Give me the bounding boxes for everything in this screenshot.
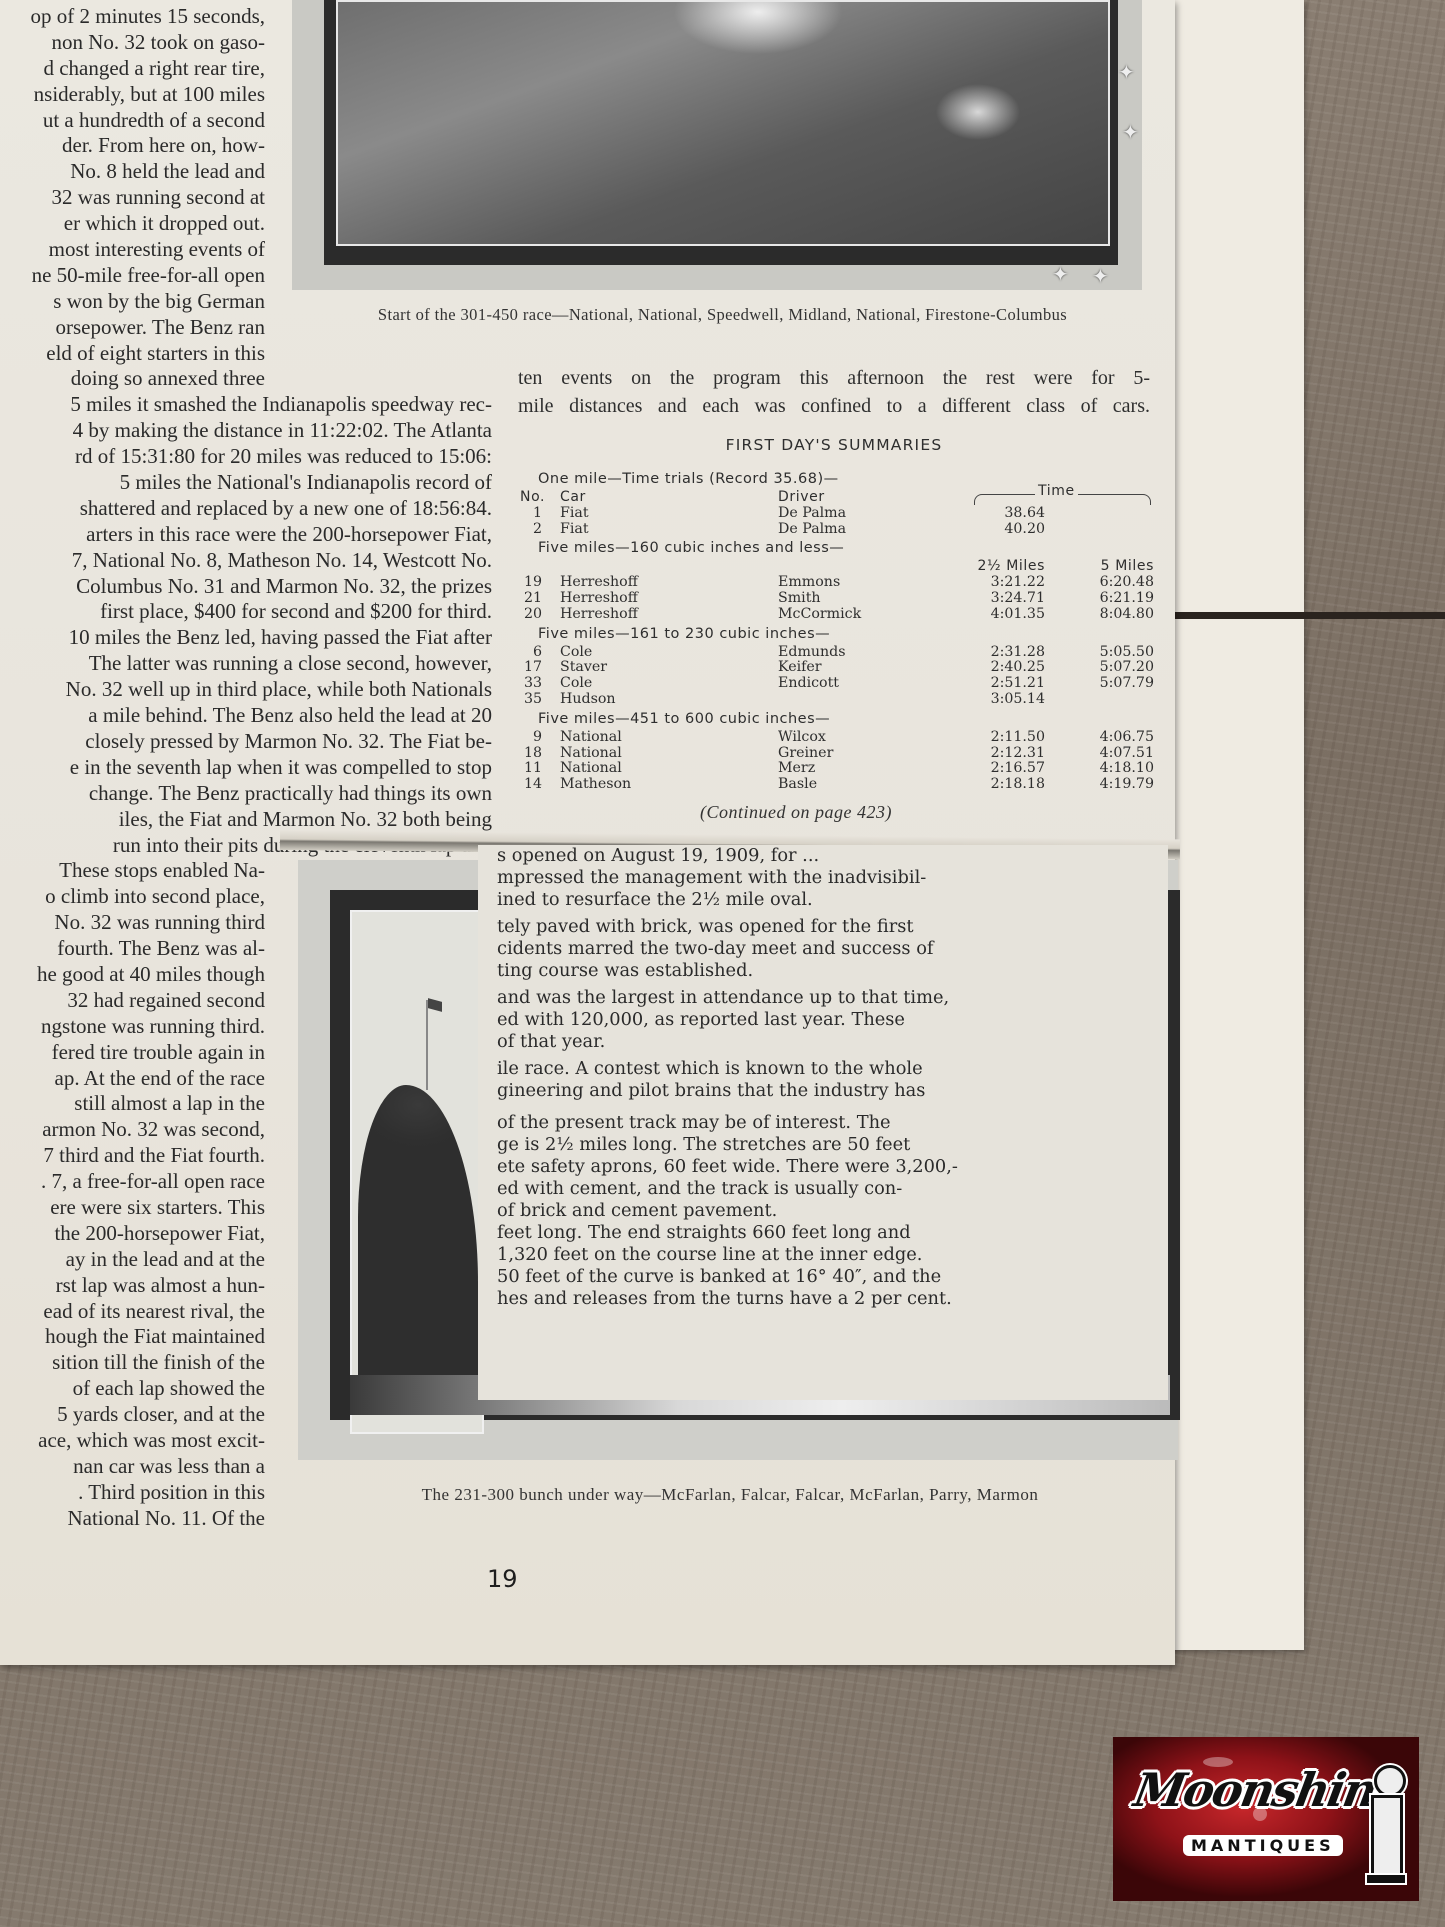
continued-note: (Continued on page 423) [700, 802, 892, 823]
table-row: 14MathesonBasle2:18.184:19.79 [520, 777, 1160, 793]
wood-plank-gap [1170, 612, 1445, 619]
car-make: National [560, 730, 622, 746]
article-line: These stops enabled Na- [0, 858, 265, 884]
table-row: 17StaverKeifer2:40.255:07.20 [520, 660, 1160, 676]
car-make: Staver [560, 660, 607, 676]
car-number: 18 [520, 746, 542, 762]
driver-name: Endicott [778, 676, 839, 692]
time-value: 4:18.10 [1062, 761, 1154, 777]
article-line: e in the seventh lap when it was compell… [0, 755, 492, 781]
article-line: eld of eight starters in this [0, 341, 265, 367]
time-value: 4:06.75 [1062, 730, 1154, 746]
article-line: er which it dropped out. [0, 211, 265, 237]
col-car: Car [560, 490, 586, 506]
article-line: nan car was less than a [0, 1454, 265, 1480]
clipping-line: ting course was established. [497, 960, 1027, 982]
article-line: ere were six starters. This [0, 1195, 265, 1221]
article-line: National No. 11. Of the [0, 1506, 265, 1532]
clipping-line: ete safety aprons, 60 feet wide. There w… [497, 1156, 1027, 1178]
table-row: 33ColeEndicott2:51.215:07.79 [520, 676, 1160, 692]
article-line: ngstone was running third. [0, 1014, 265, 1040]
article-line: d changed a right rear tire, [0, 56, 265, 82]
time-value: 5:05.50 [1062, 645, 1154, 661]
article-line: rd of 15:31:80 for 20 miles was reduced … [0, 444, 492, 470]
article-line: 5 yards closer, and at the [0, 1402, 265, 1428]
clipping-line: feet long. The end straights 660 feet lo… [497, 1222, 1027, 1244]
article-line: fourth. The Benz was al- [0, 936, 265, 962]
driver-name: De Palma [778, 522, 846, 538]
ivy-leaf-icon: ✦ [1052, 262, 1069, 286]
time-value: 2:11.50 [965, 730, 1045, 746]
article-line: doing so annexed three [0, 366, 265, 392]
time-value: 6:20.48 [1062, 575, 1154, 591]
moonshine-mantiques-logo: Moonshine MANTIQUES [1113, 1737, 1419, 1901]
article-line: der. From here on, how- [0, 133, 265, 159]
clipping-text: s opened on August 19, 1909, for ...mpre… [497, 845, 1027, 1310]
table-row: 9NationalWilcox2:11.504:06.75 [520, 730, 1160, 746]
time-value: 38.64 [965, 506, 1045, 522]
article-line: orsepower. The Benz ran [0, 315, 265, 341]
time-value: 40.20 [965, 522, 1045, 538]
article-line: op of 2 minutes 15 seconds, [0, 4, 265, 30]
logo-sub-text: MANTIQUES [1183, 1835, 1343, 1856]
article-line: most interesting events of [0, 237, 265, 263]
article-line: he good at 40 miles though [0, 962, 265, 988]
article-line: 7 third and the Fiat fourth. [0, 1143, 265, 1169]
clipping-line: of that year. [497, 1031, 1027, 1053]
article-line: 4 by making the distance in 11:22:02. Th… [0, 418, 492, 444]
article-line: ead of its nearest rival, the [0, 1299, 265, 1325]
article-line: a mile behind. The Benz also held the le… [0, 703, 492, 729]
time-value: 2:31.28 [965, 645, 1045, 661]
driver-name: Greiner [778, 746, 833, 762]
article-line: change. The Benz practically had things … [0, 781, 492, 807]
summaries-title: FIRST DAY'S SUMMARIES [518, 436, 1150, 454]
clipping-line: s opened on August 19, 1909, for ... [497, 845, 1027, 867]
article-line: armon No. 32 was second, [0, 1117, 265, 1143]
table-row: 21HerreshoffSmith3:24.716:21.19 [520, 591, 1160, 607]
table-row: 35Hudson3:05.14 [520, 692, 1160, 708]
time-value: 2:51.21 [965, 676, 1045, 692]
time-value: 3:21.22 [965, 575, 1045, 591]
table-header-row: 2½ Miles5 Miles [520, 559, 1160, 575]
article-line: s won by the big German [0, 289, 265, 315]
section-heading: Five miles—160 cubic inches and less— [520, 537, 1160, 559]
car-number: 20 [520, 607, 542, 623]
summary-intro: ten events on the program this afternoon… [518, 364, 1150, 420]
clipping-line: ined to resurface the 2½ mile oval. [497, 889, 1027, 911]
section-heading: Five miles—161 to 230 cubic inches— [520, 623, 1160, 645]
driver-name: Wilcox [778, 730, 826, 746]
car-make: Hudson [560, 692, 616, 708]
car-make: Herreshoff [560, 591, 638, 607]
car-number: 9 [520, 730, 542, 746]
time-value: 3:05.14 [965, 692, 1045, 708]
car-number: 6 [520, 645, 542, 661]
car-make: Fiat [560, 506, 589, 522]
car-number: 2 [520, 522, 542, 538]
driver-name: Basle [778, 777, 817, 793]
article-line: rst lap was almost a hun- [0, 1273, 265, 1299]
car-make: Cole [560, 645, 592, 661]
article-line: closely pressed by Marmon No. 32. The Fi… [0, 729, 492, 755]
ivy-leaf-icon: ✦ [1092, 264, 1109, 288]
article-line: No. 32 well up in third place, while bot… [0, 677, 492, 703]
intro-line: ten events on the program this afternoon… [518, 364, 1150, 392]
article-line: the 200-horsepower Fiat, [0, 1221, 265, 1247]
gas-pump-icon [1367, 1765, 1407, 1885]
time-value: 2:16.57 [965, 761, 1045, 777]
time-value: 2:12.31 [965, 746, 1045, 762]
time-value: 8:04.80 [1062, 607, 1154, 623]
article-line: shattered and replaced by a new one of 1… [0, 496, 492, 522]
time-value: 3:24.71 [965, 591, 1045, 607]
article-line: nsiderably, but at 100 miles [0, 82, 265, 108]
clipping-line: tely paved with brick, was opened for th… [497, 916, 1027, 938]
car-make: Herreshoff [560, 607, 638, 623]
driver-name: Edmunds [778, 645, 846, 661]
driver-name: Keifer [778, 660, 822, 676]
clipping-line: and was the largest in attendance up to … [497, 987, 1027, 1009]
article-line: 5 miles it smashed the Indianapolis spee… [0, 392, 492, 418]
table-row: 20HerreshoffMcCormick4:01.358:04.80 [520, 607, 1160, 623]
race-start-image [336, 0, 1110, 246]
car-make: National [560, 746, 622, 762]
clipping-line: ge is 2½ miles long. The stretches are 5… [497, 1134, 1027, 1156]
driver-name: De Palma [778, 506, 846, 522]
article-line: ne 50-mile free-for-all open [0, 263, 265, 289]
clipping-line: ed with 120,000, as reported last year. … [497, 1009, 1027, 1031]
clipping-line: 1,320 feet on the course line at the inn… [497, 1244, 1027, 1266]
article-line: hough the Fiat maintained [0, 1324, 265, 1350]
table-header-row: No.CarDriverTime [520, 490, 1160, 506]
article-line: No. 32 was running third [0, 910, 265, 936]
article-line: The latter was running a close second, h… [0, 651, 492, 677]
table-row: 19HerreshoffEmmons3:21.226:20.48 [520, 575, 1160, 591]
time-value: 5:07.20 [1062, 660, 1154, 676]
article-line: non No. 32 took on gaso- [0, 30, 265, 56]
clipping-line: gineering and pilot brains that the indu… [497, 1080, 1027, 1102]
car-number: 11 [520, 761, 542, 777]
article-line: 32 had regained second [0, 988, 265, 1014]
article-line: ace, which was most excit- [0, 1428, 265, 1454]
car-number: 1 [520, 506, 542, 522]
top-photo-caption: Start of the 301-450 race—National, Nati… [300, 306, 1145, 324]
driver-name: Emmons [778, 575, 840, 591]
article-line: arters in this race were the 200-horsepo… [0, 522, 492, 548]
col-no: No. [520, 490, 542, 506]
driver-name: Merz [778, 761, 815, 777]
car-number: 19 [520, 575, 542, 591]
car-make: Herreshoff [560, 575, 638, 591]
table-row: 11NationalMerz2:16.574:18.10 [520, 761, 1160, 777]
magazine-page: op of 2 minutes 15 seconds,non No. 32 to… [0, 0, 1175, 1665]
article-line: 32 was running second at [0, 185, 265, 211]
article-line: 5 miles the National's Indianapolis reco… [0, 470, 492, 496]
table-row: 6ColeEdmunds2:31.285:05.50 [520, 645, 1160, 661]
clipping-line: of brick and cement pavement. [497, 1200, 1027, 1222]
intro-line: mile distances and each was confined to … [518, 392, 1150, 420]
article-line: fered tire trouble again in [0, 1040, 265, 1066]
car-number: 17 [520, 660, 542, 676]
time-value: 5:07.79 [1062, 676, 1154, 692]
driver-name: Smith [778, 591, 821, 607]
article-line: ut a hundredth of a second [0, 108, 265, 134]
article-line: 10 miles the Benz led, having passed the… [0, 625, 492, 651]
ivy-leaf-icon: ✦ [1118, 60, 1135, 84]
time-value: 4:07.51 [1062, 746, 1154, 762]
clipping-line: hes and releases from the turns have a 2… [497, 1288, 1027, 1310]
clipping-line: ile race. A contest which is known to th… [497, 1058, 1027, 1080]
article-line: still almost a lap in the [0, 1091, 265, 1117]
left-article-column: op of 2 minutes 15 seconds,non No. 32 to… [0, 4, 265, 1532]
car-make: Matheson [560, 777, 631, 793]
results-table: One mile—Time trials (Record 35.68)—No.C… [520, 468, 1160, 793]
time-value: 2:40.25 [965, 660, 1045, 676]
article-line: No. 8 held the lead and [0, 159, 265, 185]
clipping-line: ed with cement, and the track is usually… [497, 1178, 1027, 1200]
car-make: Fiat [560, 522, 589, 538]
section-heading: Five miles—451 to 600 cubic inches— [520, 708, 1160, 730]
time-header: Time [1035, 484, 1078, 500]
article-line: Columbus No. 31 and Marmon No. 32, the p… [0, 574, 492, 600]
article-line: . Third position in this [0, 1480, 265, 1506]
car-number: 21 [520, 591, 542, 607]
car-number: 35 [520, 692, 542, 708]
article-line: 7, National No. 8, Matheson No. 14, West… [0, 548, 492, 574]
time-value: 4:01.35 [965, 607, 1045, 623]
article-line: first place, $400 for second and $200 fo… [0, 599, 492, 625]
time-value: 2:18.18 [965, 777, 1045, 793]
article-line: ay in the lead and at the [0, 1247, 265, 1273]
logo-script-text: Moonshine [1130, 1763, 1407, 1817]
clipping-line: 50 feet of the curve is banked at 16° 40… [497, 1266, 1027, 1288]
page-number: 19 [487, 1565, 518, 1593]
col-driver: Driver [778, 490, 825, 506]
table-row: 1FiatDe Palma38.64 [520, 506, 1160, 522]
clipping-line: mpressed the management with the inadvis… [497, 867, 1027, 889]
article-line: iles, the Fiat and Marmon No. 32 both be… [0, 807, 492, 833]
ivy-leaf-icon: ✦ [1122, 120, 1139, 144]
article-line: . 7, a free-for-all open race [0, 1169, 265, 1195]
article-line: ap. At the end of the race [0, 1066, 265, 1092]
driver-name: McCormick [778, 607, 861, 623]
car-make: National [560, 761, 622, 777]
top-race-photo: ✦ ✦ ✦ ✦ [292, 0, 1142, 290]
col-time-half: 2½ Miles [965, 559, 1045, 575]
table-row: 18NationalGreiner2:12.314:07.51 [520, 746, 1160, 762]
car-number: 14 [520, 777, 542, 793]
flag-icon [426, 1000, 428, 1090]
table-row: 2FiatDe Palma40.20 [520, 522, 1160, 538]
article-line: of each lap showed the [0, 1376, 265, 1402]
time-value: 4:19.79 [1062, 777, 1154, 793]
clipping-line: cidents marred the two-day meet and succ… [497, 938, 1027, 960]
time-value: 6:21.19 [1062, 591, 1154, 607]
article-line: sition till the finish of the [0, 1350, 265, 1376]
col-time-full: 5 Miles [1062, 559, 1154, 575]
car-number: 33 [520, 676, 542, 692]
bottom-photo-caption: The 231-300 bunch under way—McFarlan, Fa… [300, 1485, 1160, 1505]
clipping-line: of the present track may be of interest.… [497, 1112, 1027, 1134]
article-line: o climb into second place, [0, 884, 265, 910]
car-make: Cole [560, 676, 592, 692]
